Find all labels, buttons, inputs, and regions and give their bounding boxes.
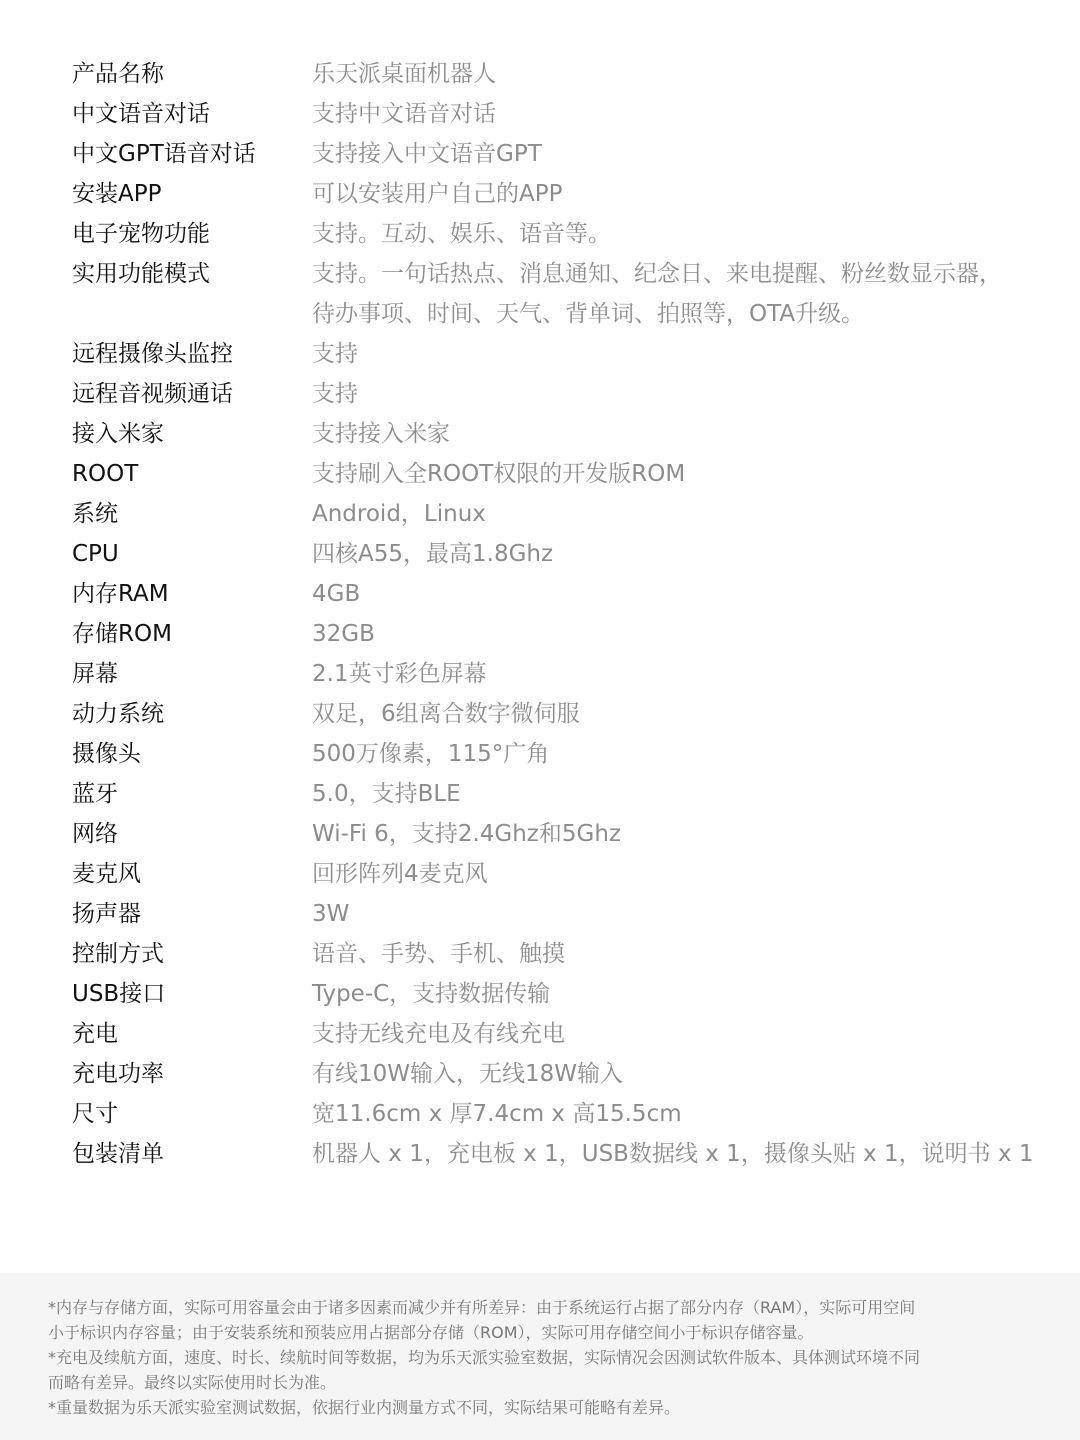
spec-value: 乐天派桌面机器人 [312,54,496,94]
spec-row: 尺寸宽11.6cm x 厚7.4cm x 高15.5cm [0,1094,1080,1134]
footnotes-panel: *内存与存储方面，实际可用容量会由于诸多因素而减少并有所差异：由于系统运行占据了… [0,1273,1080,1440]
spec-row: 摄像头500万像素，115°广角 [0,734,1080,774]
spec-value-line: 语音、手势、手机、触摸 [312,934,565,974]
spec-value-line: 待办事项、时间、天气、背单词、拍照等，OTA升级。 [312,294,1002,334]
spec-value-line: 支持 [312,374,358,414]
spec-value-line: 32GB [312,614,375,654]
spec-label: 内存RAM [0,574,312,614]
spec-value-line: Android，Linux [312,494,486,534]
spec-row: 包装清单机器人 x 1，充电板 x 1，USB数据线 x 1，摄像头贴 x 1，… [0,1134,1080,1174]
spec-label: 中文语音对话 [0,94,312,134]
spec-label: 麦克风 [0,854,312,894]
spec-value: 支持 [312,374,358,414]
spec-row: 实用功能模式支持。一句话热点、消息通知、纪念日、来电提醒、粉丝数显示器，待办事项… [0,254,1080,334]
spec-value-line: 支持接入米家 [312,414,450,454]
spec-value: 3W [312,894,349,934]
spec-value: 支持。一句话热点、消息通知、纪念日、来电提醒、粉丝数显示器，待办事项、时间、天气… [312,254,1002,334]
spec-row: 电子宠物功能支持。互动、娱乐、语音等。 [0,214,1080,254]
spec-row: 远程摄像头监控支持 [0,334,1080,374]
spec-value-line: 双足，6组离合数字微伺服 [312,694,580,734]
spec-row: USB接口Type-C，支持数据传输 [0,974,1080,1014]
spec-value: 2.1英寸彩色屏幕 [312,654,487,694]
spec-value: 支持中文语音对话 [312,94,496,134]
spec-row: 安装APP可以安装用户自己的APP [0,174,1080,214]
spec-value: 宽11.6cm x 厚7.4cm x 高15.5cm [312,1094,682,1134]
spec-value-line: 5.0，支持BLE [312,774,461,814]
spec-table: 产品名称乐天派桌面机器人中文语音对话支持中文语音对话中文GPT语音对话支持接入中… [0,54,1080,1174]
spec-label: ROOT [0,454,312,494]
spec-value-line: Wi-Fi 6，支持2.4Ghz和5Ghz [312,814,621,854]
spec-value: 支持无线充电及有线充电 [312,1014,565,1054]
spec-label: 中文GPT语音对话 [0,134,312,174]
spec-label: 接入米家 [0,414,312,454]
footnote: *充电及续航方面，速度、时长、续航时间等数据，均为乐天派实验室数据，实际情况会因… [48,1345,1040,1395]
spec-row: 网络Wi-Fi 6，支持2.4Ghz和5Ghz [0,814,1080,854]
spec-value-line: 4GB [312,574,360,614]
spec-row: 存储ROM32GB [0,614,1080,654]
spec-value-line: 支持无线充电及有线充电 [312,1014,565,1054]
footnote-line: *重量数据为乐天派实验室测试数据，依据行业内测量方式不同，实际结果可能略有差异。 [48,1395,1040,1420]
spec-row: 控制方式语音、手势、手机、触摸 [0,934,1080,974]
spec-row: 蓝牙5.0，支持BLE [0,774,1080,814]
spec-value-line: 回形阵列4麦克风 [312,854,488,894]
spec-value-line: 可以安装用户自己的APP [312,174,562,214]
footnotes-list: *内存与存储方面，实际可用容量会由于诸多因素而减少并有所差异：由于系统运行占据了… [0,1273,1080,1420]
spec-row: 系统Android，Linux [0,494,1080,534]
spec-row: CPU四核A55，最高1.8Ghz [0,534,1080,574]
spec-label: USB接口 [0,974,312,1014]
spec-row: ROOT支持刷入全ROOT权限的开发版ROM [0,454,1080,494]
spec-value-line: 支持。一句话热点、消息通知、纪念日、来电提醒、粉丝数显示器， [312,254,1002,294]
spec-label: 存储ROM [0,614,312,654]
spec-value: 机器人 x 1，充电板 x 1，USB数据线 x 1，摄像头贴 x 1，说明书 … [312,1134,1034,1174]
footnote: *重量数据为乐天派实验室测试数据，依据行业内测量方式不同，实际结果可能略有差异。 [48,1395,1040,1420]
spec-value: 5.0，支持BLE [312,774,461,814]
spec-label: CPU [0,534,312,574]
spec-label: 充电功率 [0,1054,312,1094]
spec-label: 控制方式 [0,934,312,974]
spec-value: 双足，6组离合数字微伺服 [312,694,580,734]
spec-value-line: Type-C，支持数据传输 [312,974,550,1014]
spec-value-line: 机器人 x 1，充电板 x 1，USB数据线 x 1，摄像头贴 x 1，说明书 … [312,1134,1034,1174]
spec-value: Android，Linux [312,494,486,534]
spec-value: 4GB [312,574,360,614]
spec-row: 内存RAM4GB [0,574,1080,614]
spec-value: 32GB [312,614,375,654]
spec-label: 实用功能模式 [0,254,312,294]
spec-label: 远程音视频通话 [0,374,312,414]
footnote-line: *充电及续航方面，速度、时长、续航时间等数据，均为乐天派实验室数据，实际情况会因… [48,1345,1040,1370]
spec-value-line: 四核A55，最高1.8Ghz [312,534,553,574]
spec-value-line: 乐天派桌面机器人 [312,54,496,94]
footnote-line: *内存与存储方面，实际可用容量会由于诸多因素而减少并有所差异：由于系统运行占据了… [48,1295,1040,1320]
spec-value-line: 支持接入中文语音GPT [312,134,542,174]
spec-row: 扬声器3W [0,894,1080,934]
spec-value-line: 2.1英寸彩色屏幕 [312,654,487,694]
spec-label: 充电 [0,1014,312,1054]
spec-value: 回形阵列4麦克风 [312,854,488,894]
spec-value-line: 有线10W输入，无线18W输入 [312,1054,623,1094]
spec-value: Wi-Fi 6，支持2.4Ghz和5Ghz [312,814,621,854]
spec-value-line: 宽11.6cm x 厚7.4cm x 高15.5cm [312,1094,682,1134]
spec-label: 蓝牙 [0,774,312,814]
spec-value-line: 支持 [312,334,358,374]
spec-value: 有线10W输入，无线18W输入 [312,1054,623,1094]
spec-label: 尺寸 [0,1094,312,1134]
spec-row: 中文GPT语音对话支持接入中文语音GPT [0,134,1080,174]
spec-value-line: 500万像素，115°广角 [312,734,549,774]
spec-label: 系统 [0,494,312,534]
spec-row: 充电支持无线充电及有线充电 [0,1014,1080,1054]
spec-row: 接入米家支持接入米家 [0,414,1080,454]
spec-value-line: 支持刷入全ROOT权限的开发版ROM [312,454,685,494]
spec-value-line: 3W [312,894,349,934]
spec-label: 包装清单 [0,1134,312,1174]
spec-row: 麦克风回形阵列4麦克风 [0,854,1080,894]
spec-row: 充电功率有线10W输入，无线18W输入 [0,1054,1080,1094]
spec-label: 安装APP [0,174,312,214]
spec-row: 中文语音对话支持中文语音对话 [0,94,1080,134]
spec-value: Type-C，支持数据传输 [312,974,550,1014]
spec-label: 远程摄像头监控 [0,334,312,374]
spec-value: 支持接入米家 [312,414,450,454]
spec-value: 语音、手势、手机、触摸 [312,934,565,974]
footnote-line: 而略有差异。最终以实际使用时长为准。 [48,1370,1040,1395]
spec-label: 扬声器 [0,894,312,934]
spec-value-line: 支持中文语音对话 [312,94,496,134]
spec-value: 可以安装用户自己的APP [312,174,562,214]
spec-row: 屏幕2.1英寸彩色屏幕 [0,654,1080,694]
spec-value: 支持刷入全ROOT权限的开发版ROM [312,454,685,494]
spec-value: 支持 [312,334,358,374]
spec-value-line: 支持。互动、娱乐、语音等。 [312,214,611,254]
spec-value: 支持。互动、娱乐、语音等。 [312,214,611,254]
spec-label: 屏幕 [0,654,312,694]
spec-row: 远程音视频通话支持 [0,374,1080,414]
spec-label: 电子宠物功能 [0,214,312,254]
footnote: *内存与存储方面，实际可用容量会由于诸多因素而减少并有所差异：由于系统运行占据了… [48,1295,1040,1345]
spec-label: 动力系统 [0,694,312,734]
spec-row: 产品名称乐天派桌面机器人 [0,54,1080,94]
spec-label: 摄像头 [0,734,312,774]
spec-value: 支持接入中文语音GPT [312,134,542,174]
spec-label: 网络 [0,814,312,854]
spec-label: 产品名称 [0,54,312,94]
spec-value: 四核A55，最高1.8Ghz [312,534,553,574]
spec-row: 动力系统双足，6组离合数字微伺服 [0,694,1080,734]
footnote-line: 小于标识内存容量；由于安装系统和预装应用占据部分存储（ROM），实际可用存储空间… [48,1320,1040,1345]
spec-value: 500万像素，115°广角 [312,734,549,774]
